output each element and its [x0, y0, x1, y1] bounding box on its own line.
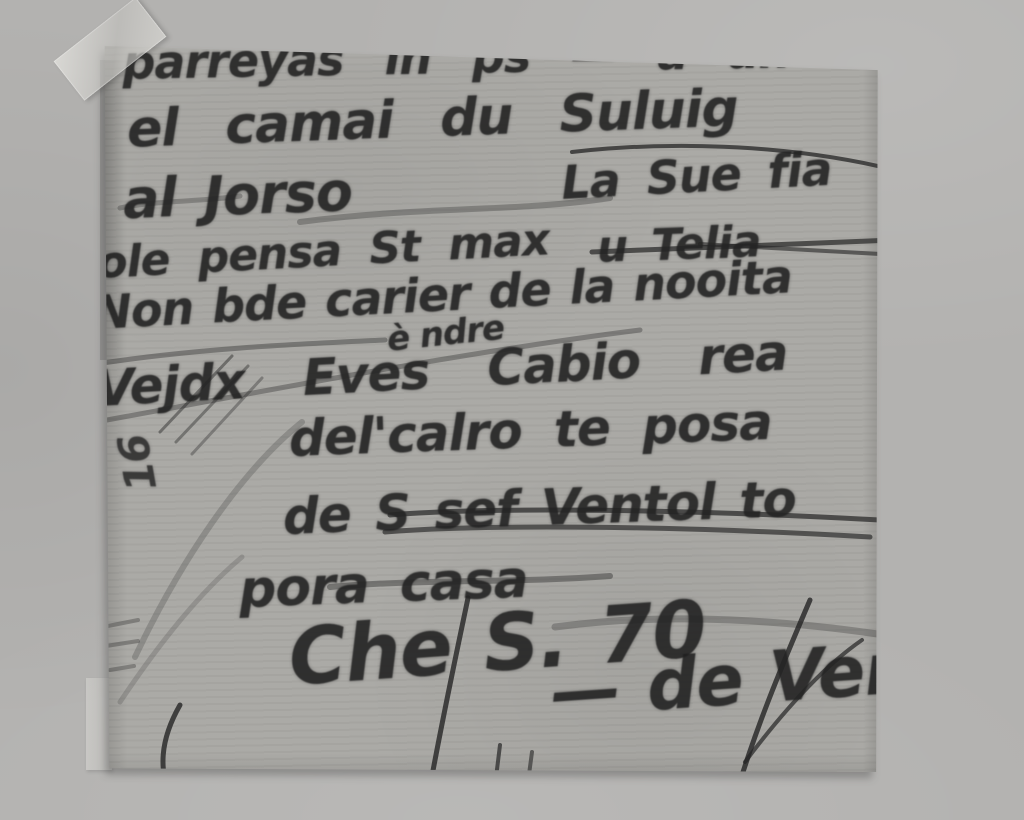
rotated-number: 16 [108, 431, 166, 495]
photograph: parreyas in ps — a an el camai du Suluig… [0, 0, 1024, 820]
handwritten-line-struck: de S sef Ventol to [282, 470, 797, 546]
handwritten-line: el camai du Suluig [126, 79, 739, 160]
tick-stroke-1 [493, 745, 500, 775]
handwritten-line: del'calro te posa [288, 393, 773, 468]
left-edge-scribble-stroke [106, 620, 138, 670]
note-paper: parreyas in ps — a an el camai du Suluig… [100, 40, 880, 775]
handwritten-line: al Jorso [122, 160, 353, 231]
pencil-arc-stroke-2 [120, 557, 242, 702]
paper-shadow-wrap: parreyas in ps — a an el camai du Suluig… [0, 0, 1024, 820]
paren-stroke [163, 705, 180, 775]
handwritten-line-underlined: La Sue fia [560, 142, 833, 210]
tick-stroke-2 [526, 752, 532, 775]
